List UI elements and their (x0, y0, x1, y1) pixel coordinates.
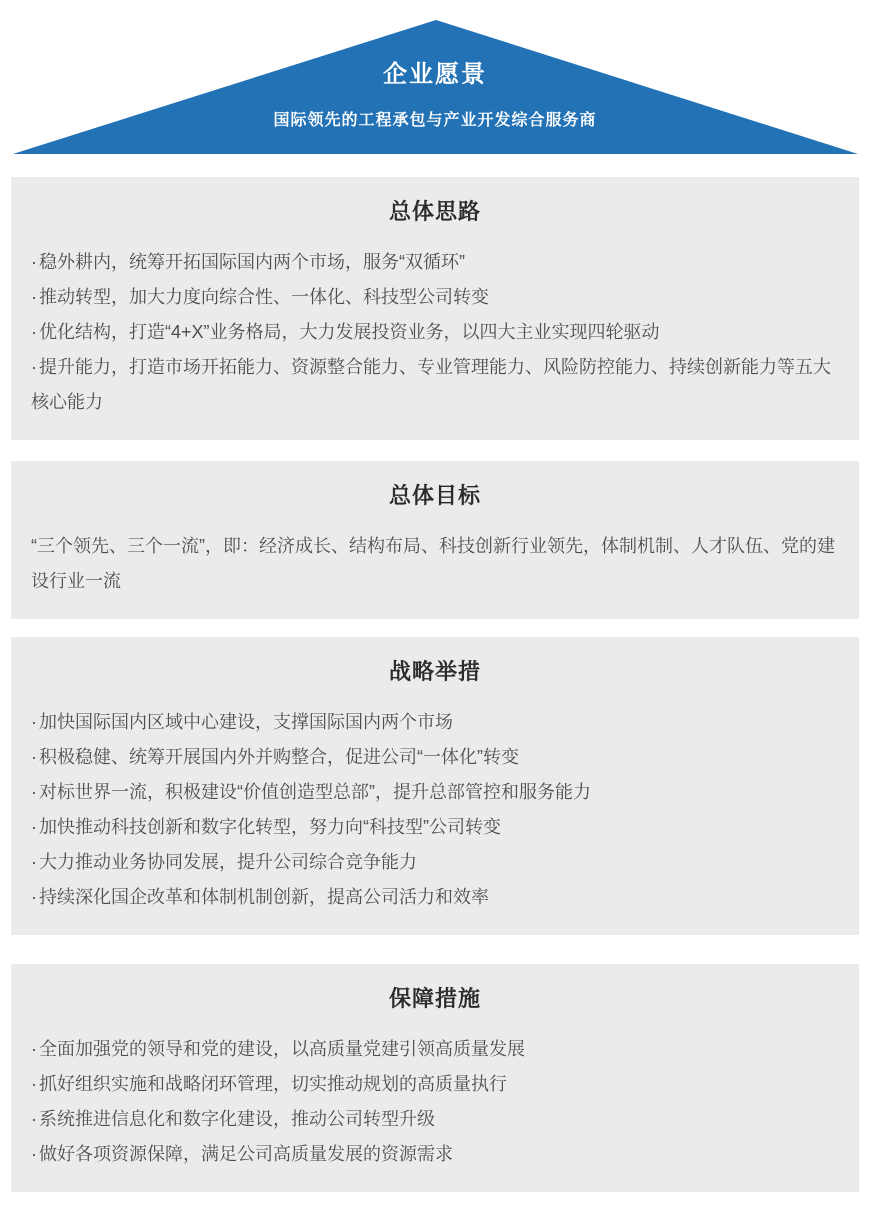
bullet-dot: · (31, 740, 37, 775)
bullet-text: 加快国际国内区域中心建设，支撑国际国内两个市场 (39, 712, 453, 732)
section-strategic-measures: 战略举措 ·加快国际国内区域中心建设，支撑国际国内两个市场 ·积极稳健、统筹开展… (11, 637, 859, 935)
bullet-dot: · (31, 350, 37, 385)
section-overall-goal: 总体目标 “三个领先、三个一流”，即：经济成长、结构布局、科技创新行业领先，体制… (11, 461, 859, 619)
bullet-dot: · (31, 775, 37, 810)
bullet-item: ·加快国际国内区域中心建设，支撑国际国内两个市场 (31, 705, 839, 740)
bullet-text: 推动转型，加大力度向综合性、一体化、科技型公司转变 (39, 287, 489, 307)
bullet-text: 稳外耕内，统筹开拓国际国内两个市场，服务“双循环” (39, 252, 465, 272)
bullet-item: ·大力推动业务协同发展，提升公司综合竞争能力 (31, 845, 839, 880)
bullet-text: 提升能力，打造市场开拓能力、资源整合能力、专业管理能力、风险防控能力、持续创新能… (31, 357, 831, 412)
bullet-item: ·持续深化国企改革和体制机制创新，提高公司活力和效率 (31, 880, 839, 915)
bullet-dot: · (31, 1137, 37, 1172)
bullet-text: 做好各项资源保障，满足公司高质量发展的资源需求 (39, 1144, 453, 1164)
section-title-safeguard-measures: 保障措施 (31, 984, 839, 1014)
bullet-text: 大力推动业务协同发展，提升公司综合竞争能力 (39, 852, 417, 872)
bullet-dot: · (31, 1102, 37, 1137)
bullet-dot: · (31, 705, 37, 740)
bullet-item: ·优化结构，打造“4+X”业务格局，大力发展投资业务，以四大主业实现四轮驱动 (31, 315, 839, 350)
bullet-dot: · (31, 810, 37, 845)
bullet-text: 抓好组织实施和战略闭环管理，切实推动规划的高质量执行 (39, 1074, 507, 1094)
section-overall-approach: 总体思路 ·稳外耕内，统筹开拓国际国内两个市场，服务“双循环” ·推动转型，加大… (11, 177, 859, 440)
bullet-text: 积极稳健、统筹开展国内外并购整合，促进公司“一体化”转变 (39, 747, 519, 767)
bullet-item: ·加快推动科技创新和数字化转型，努力向“科技型”公司转变 (31, 810, 839, 845)
bullet-item: ·系统推进信息化和数字化建设，推动公司转型升级 (31, 1102, 839, 1137)
bullet-text: 全面加强党的领导和党的建设，以高质量党建引领高质量发展 (39, 1039, 525, 1059)
goal-paragraph: “三个领先、三个一流”，即：经济成长、结构布局、科技创新行业领先，体制机制、人才… (31, 529, 839, 599)
bullet-dot: · (31, 1032, 37, 1067)
bullet-item: ·对标世界一流，积极建设“价值创造型总部”，提升总部管控和服务能力 (31, 775, 839, 810)
bullet-dot: · (31, 1067, 37, 1102)
bullet-item: ·做好各项资源保障，满足公司高质量发展的资源需求 (31, 1137, 839, 1172)
bullet-item: ·稳外耕内，统筹开拓国际国内两个市场，服务“双循环” (31, 245, 839, 280)
bullet-dot: · (31, 280, 37, 315)
bullet-item: ·抓好组织实施和战略闭环管理，切实推动规划的高质量执行 (31, 1067, 839, 1102)
vision-subtitle: 国际领先的工程承包与产业开发综合服务商 (0, 112, 870, 130)
section-title-strategic-measures: 战略举措 (31, 657, 839, 687)
bullet-item: ·全面加强党的领导和党的建设，以高质量党建引领高质量发展 (31, 1032, 839, 1067)
bullet-text: 对标世界一流，积极建设“价值创造型总部”，提升总部管控和服务能力 (39, 782, 591, 802)
bullet-dot: · (31, 245, 37, 280)
bullet-text: 持续深化国企改革和体制机制创新，提高公司活力和效率 (39, 887, 489, 907)
section-safeguard-measures: 保障措施 ·全面加强党的领导和党的建设，以高质量党建引领高质量发展 ·抓好组织实… (11, 964, 859, 1192)
bullet-dot: · (31, 315, 37, 350)
bullet-item: ·积极稳健、统筹开展国内外并购整合，促进公司“一体化”转变 (31, 740, 839, 775)
bullet-text: 优化结构，打造“4+X”业务格局，大力发展投资业务，以四大主业实现四轮驱动 (39, 322, 660, 342)
bullet-dot: · (31, 880, 37, 915)
vision-banner: 企业愿景 国际领先的工程承包与产业开发综合服务商 (0, 0, 870, 155)
vision-title: 企业愿景 (0, 58, 870, 92)
bullet-item: ·推动转型，加大力度向综合性、一体化、科技型公司转变 (31, 280, 839, 315)
bullet-dot: · (31, 845, 37, 880)
bullet-text: 系统推进信息化和数字化建设，推动公司转型升级 (39, 1109, 435, 1129)
section-title-overall-approach: 总体思路 (31, 197, 839, 227)
bullet-item: ·提升能力，打造市场开拓能力、资源整合能力、专业管理能力、风险防控能力、持续创新… (31, 350, 839, 420)
strategy-overview-page: 企业愿景 国际领先的工程承包与产业开发综合服务商 总体思路 ·稳外耕内，统筹开拓… (0, 0, 870, 1220)
bullet-text: 加快推动科技创新和数字化转型，努力向“科技型”公司转变 (39, 817, 501, 837)
section-title-overall-goal: 总体目标 (31, 481, 839, 511)
